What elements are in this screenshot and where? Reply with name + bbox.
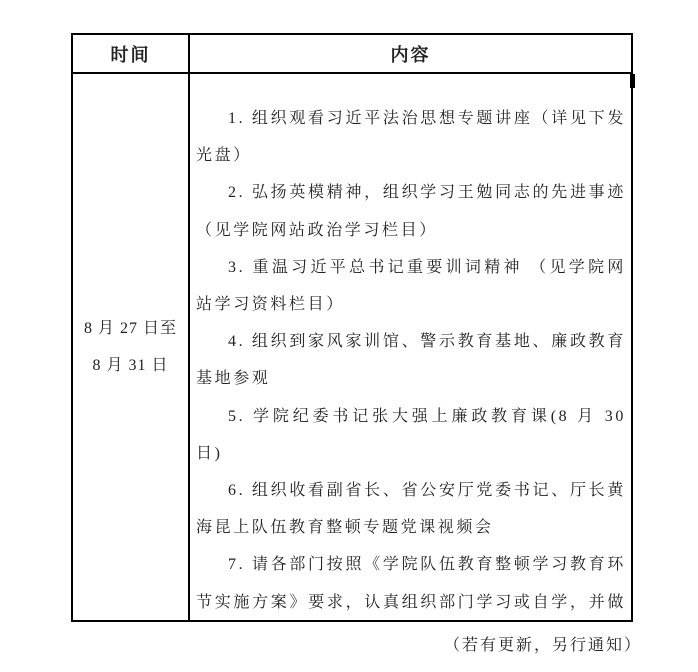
time-cell: 8 月 27 日至 8 月 31 日 (73, 74, 190, 620)
content-cell: 1. 组织观看习近平法治思想专题讲座（详见下发光盘） 2. 弘扬英模精神，组织学… (190, 74, 631, 620)
content-item-6: 6. 组织收看副省长、省公安厅党委书记、厅长黄海昆上队伍教育整顿专题党课视频会 (196, 472, 626, 546)
revision-tick-mark (630, 74, 635, 88)
content-item-5: 5. 学院纪委书记张大强上廉政教育课(8 月 30 日) (196, 398, 626, 472)
update-note: （若有更新，另行通知） (0, 632, 642, 655)
time-line-1: 8 月 27 日至 (84, 310, 177, 347)
content-item-7: 7. 请各部门按照《学院队伍教育整顿学习教育环节实施方案》要求，认真组织部门学习… (196, 546, 626, 620)
table-body-row: 8 月 27 日至 8 月 31 日 1. 组织观看习近平法治思想专题讲座（详见… (73, 74, 631, 620)
schedule-table: 时间 内容 8 月 27 日至 8 月 31 日 1. 组织观看习近平法治思想专… (71, 33, 633, 622)
content-item-4: 4. 组织到家风家训馆、警示教育基地、廉政教育基地参观 (196, 323, 626, 397)
content-item-2: 2. 弘扬英模精神，组织学习王勉同志的先进事迹（见学院网站政治学习栏目） (196, 174, 626, 248)
header-cell-content: 内容 (190, 35, 631, 72)
document-page: 时间 内容 8 月 27 日至 8 月 31 日 1. 组织观看习近平法治思想专… (0, 0, 698, 672)
content-item-3: 3. 重温习近平总书记重要训词精神 （见学院网站学习资料栏目） (196, 249, 626, 323)
table-header-row: 时间 内容 (73, 35, 631, 74)
content-item-1: 1. 组织观看习近平法治思想专题讲座（详见下发光盘） (196, 100, 626, 174)
time-line-2: 8 月 31 日 (92, 347, 168, 384)
header-cell-time: 时间 (73, 35, 190, 72)
